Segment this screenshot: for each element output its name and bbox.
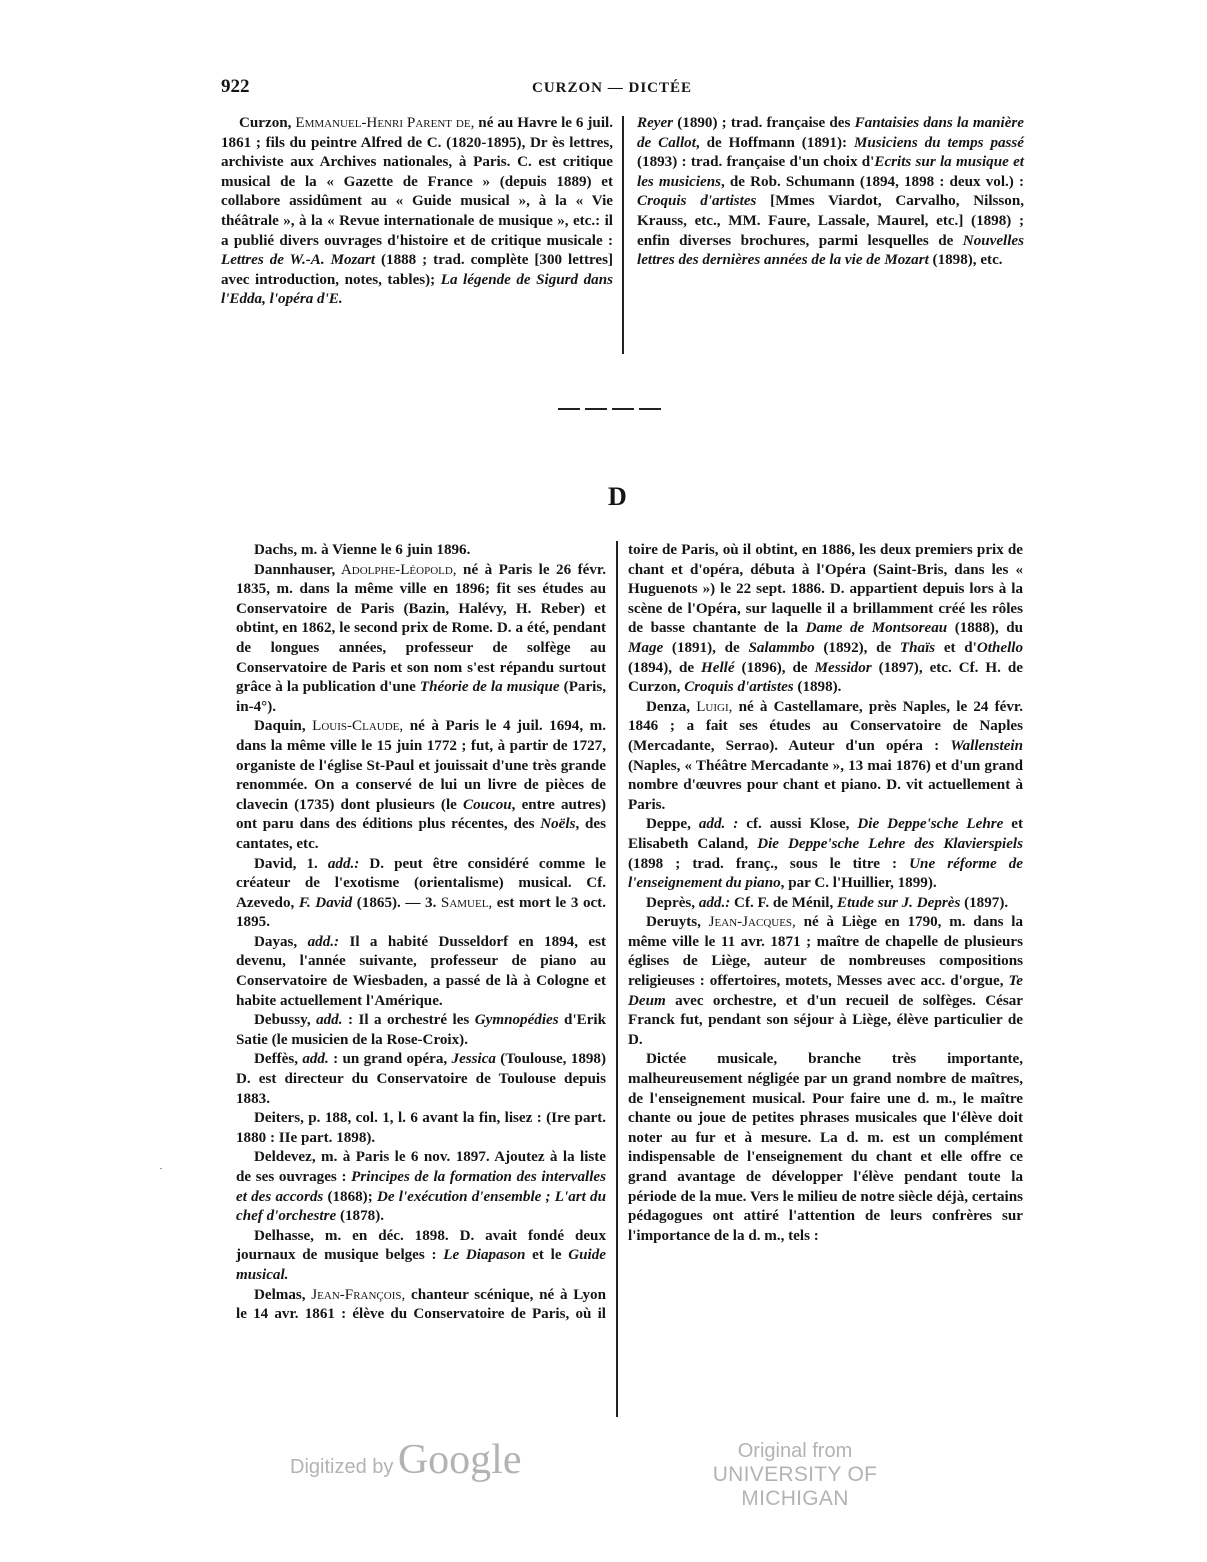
entry-text: : un grand opéra, [329,1051,452,1067]
title-italic: Noëls [540,816,575,832]
entry-text: (1888), du [947,620,1023,636]
name-small-caps: Louis-Claude, [306,718,404,734]
title-italic: Othello [977,640,1023,656]
entry-text: (1898), etc. [929,252,1003,268]
section-letter: D [608,482,627,512]
title-italic: Etude sur J. Deprès [837,895,960,911]
entry-text: 1. [296,856,327,872]
entry-text: (1868); [323,1189,377,1205]
title-italic: Die Deppe'sche Lehre [857,816,1003,832]
column-divider [622,116,624,354]
entry-text: né à Paris le 26 févr. 1835, m. dans la … [236,562,606,696]
entry-text: : Il a orchestré les [343,1012,475,1028]
headword: Daquin, [254,718,306,734]
name-small-caps: Emmanuel-Henri Parent de, [295,115,474,131]
headword: Deldevez, [254,1149,316,1165]
headword: Deppe, [646,816,691,832]
entry-dayas: Dayas, add.: Il a habité Dusseldorf en 1… [236,933,606,1011]
abbr-italic: add.: [297,934,339,950]
title-italic: Messidor [815,660,872,676]
title-italic: Théorie de la musique [420,679,560,695]
headword: Dannhauser, [254,562,335,578]
column-top-right: Reyer (1890) ; trad. française des Fanta… [637,114,1024,271]
headword: Dachs, [254,542,297,558]
headword: Dictée musicale, [646,1051,777,1067]
entry-text: , par C. l'Huillier, 1899). [781,875,937,891]
column-bottom-right: toire de Paris, où il obtint, en 1886, l… [628,541,1023,1246]
title-italic: Musiciens du temps passé [854,135,1024,151]
title-italic: Reyer [637,115,673,131]
running-head: CURZON — DICTÉE [532,80,692,97]
digitized-by-google-watermark: Digitized by Google [290,1436,522,1484]
entry-delhasse: Delhasse, m. en déc. 1898. D. avait fond… [236,1227,606,1286]
google-logo-text: Google [398,1437,522,1483]
title-italic: Thaïs [900,640,935,656]
title-italic: Gymnopédies [475,1012,559,1028]
entry-text: né au Havre le 6 juil. 1861 ; fils du pe… [221,115,613,249]
title-italic: Lettres de W.-A. Mozart [221,252,375,268]
title-italic: Jessica [452,1051,496,1067]
entry-text: (1898 ; trad. franç., sous le titre : [628,856,909,872]
entry-text: (1892), de [815,640,900,656]
headword: Delhasse, [254,1228,314,1244]
abbr-italic: add.: [695,895,730,911]
headword: Denza, [646,699,690,715]
name-small-caps: Samuel, [441,895,492,911]
title-italic: F. David [299,895,352,911]
entry-debussy: Debussy, add. : Il a orchestré les Gymno… [236,1011,606,1050]
entry-curzon: Curzon, Emmanuel-Henri Parent de, né au … [221,114,613,310]
entry-deldevez: Deldevez, m. à Paris le 6 nov. 1897. Ajo… [236,1148,606,1226]
column-top-left: Curzon, Emmanuel-Henri Parent de, né au … [221,114,613,310]
title-italic: Croquis d'artistes [684,679,793,695]
title-italic: Die Deppe'sche Lehre des Klavierspiels [757,836,1023,852]
entry-text: et d' [935,640,977,656]
entry-text: (1865). — 3. [352,895,441,911]
university-name: UNIVERSITY OF MICHIGAN [665,1463,925,1511]
headword: Delmas, [254,1287,306,1303]
original-from-label: Original from [665,1440,925,1463]
entry-text: cf. aussi Klose, [738,816,857,832]
scan-speck [160,1168,162,1169]
entry-text: m. à Vienne le 6 juin 1896. [297,542,470,558]
abbr-italic: add. : [691,816,738,832]
title-italic: Le Diapason [443,1247,525,1263]
entry-deffes: Deffès, add. : un grand opéra, Jessica (… [236,1050,606,1109]
title-italic: Dame de Montsoreau [806,620,948,636]
entry-text: (1898). [794,679,842,695]
entry-dictee-musicale: Dictée musicale, branche très importante… [628,1050,1023,1246]
entry-delmas: Delmas, Jean-François, chanteur scénique… [236,1286,606,1326]
headword: David, [254,856,296,872]
abbr-italic: add.: [328,856,359,872]
name-small-caps: Adolphe-Léopold, [335,562,456,578]
entry-dannhauser: Dannhauser, Adolphe-Léopold, né à Paris … [236,561,606,718]
entry-delmas-continued: toire de Paris, où il obtint, en 1886, l… [628,541,1023,698]
digitized-by-label: Digitized by [290,1456,393,1478]
entry-text: avec orchestre, et d'un recueil de solfè… [628,993,1023,1048]
title-italic: Croquis d'artistes [637,193,756,209]
name-small-caps: Luigi, [690,699,732,715]
title-italic: Salammbo [748,640,814,656]
title-italic: Mage [628,640,663,656]
entry-text: et le [525,1247,568,1263]
headword: Dayas, [254,934,297,950]
entry-text: , de Rob. Schumann (1894, 1898 : deux vo… [721,174,1024,190]
name-small-caps: Jean-Jacques, [701,914,796,930]
entry-text: (1894), de [628,660,701,676]
entry-text: (Naples, « Théâtre Mercadante », 13 mai … [628,758,1023,813]
entry-text: (1890) ; trad. française des [673,115,855,131]
headword: Deffès, [254,1051,298,1067]
headword: Deiters, [254,1110,304,1126]
entry-text: (1891), de [663,640,748,656]
title-italic: Wallenstein [950,738,1023,754]
abbr-italic: add. [311,1012,343,1028]
entry-david: David, 1. add.: D. peut être considéré c… [236,855,606,933]
column-bottom-left: Dachs, m. à Vienne le 6 juin 1896. Dannh… [236,541,606,1326]
entry-curzon-continued: Reyer (1890) ; trad. française des Fanta… [637,114,1024,271]
entry-text: (1893) : trad. française d'un choix d' [637,154,874,170]
entry-depres: Deprès, add.: Cf. F. de Ménil, Etude sur… [628,894,1023,914]
page-number: 922 [221,76,250,98]
entry-deppe: Deppe, add. : cf. aussi Klose, Die Deppe… [628,815,1023,893]
entry-text: , de Hoffmann (1891): [696,135,854,151]
headword: Deprès, [646,895,695,911]
entry-text: (1896), de [735,660,815,676]
headword: Curzon, [239,115,291,131]
entry-text: Cf. F. de Ménil, [730,895,837,911]
entry-daquin: Daquin, Louis-Claude, né à Paris le 4 ju… [236,717,606,854]
entry-deruyts: Deruyts, Jean-Jacques, né à Liège en 179… [628,913,1023,1050]
entry-denza: Denza, Luigi, né à Castellamare, près Na… [628,698,1023,816]
title-italic: Coucou [463,797,512,813]
title-italic: Hellé [701,660,735,676]
entry-text: (1878). [336,1208,384,1224]
entry-text: (1897). [960,895,1008,911]
section-separator [558,408,664,410]
column-divider [616,541,618,1417]
abbr-italic: add. [298,1051,329,1067]
entry-dachs: Dachs, m. à Vienne le 6 juin 1896. [236,541,606,561]
headword: Debussy, [254,1012,311,1028]
entry-deiters: Deiters, p. 188, col. 1, l. 6 avant la f… [236,1109,606,1148]
original-from-watermark: Original from UNIVERSITY OF MICHIGAN [665,1440,925,1511]
entry-text: branche très importante, malheureusement… [628,1051,1023,1243]
headword: Deruyts, [646,914,701,930]
name-small-caps: Jean-François, [306,1287,406,1303]
